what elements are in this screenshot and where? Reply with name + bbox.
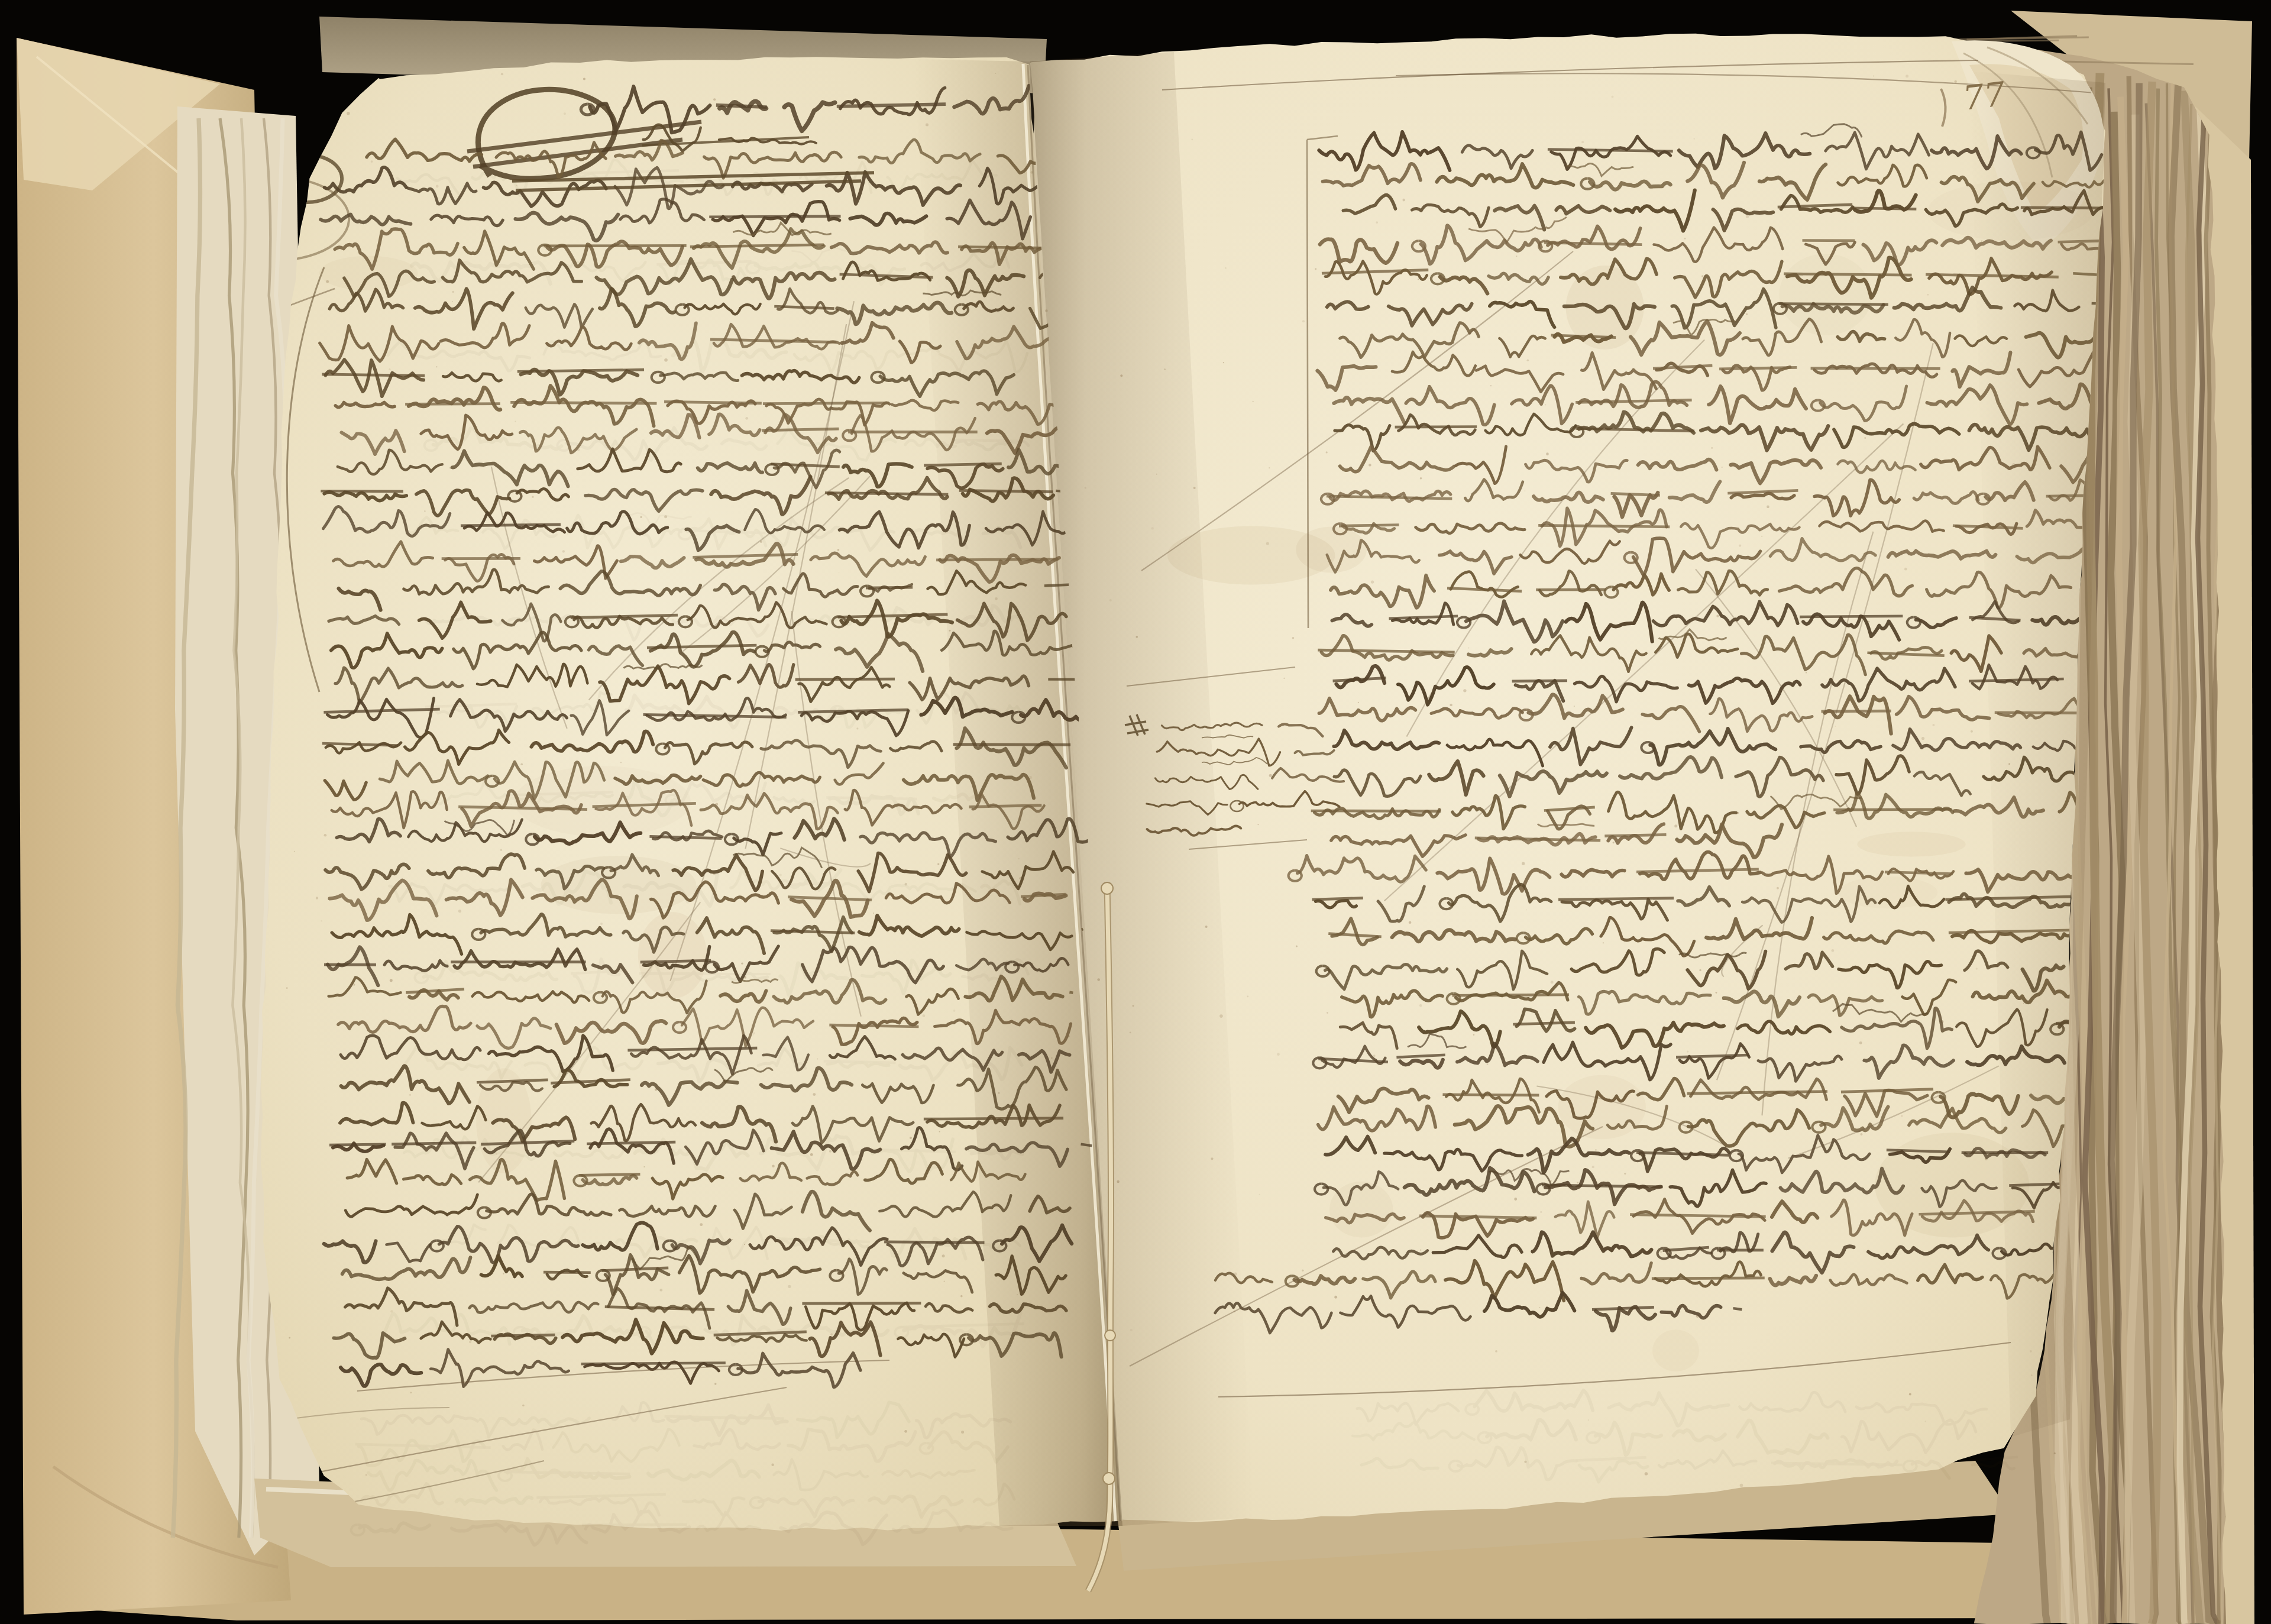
speck [1257, 824, 1259, 825]
strike-through [1548, 150, 1673, 151]
book-scene: 77 [0, 0, 2271, 1624]
end-of-line-dash [1081, 1144, 1092, 1146]
speck [289, 1337, 290, 1339]
speck [1045, 309, 1048, 312]
speck [1859, 1041, 1862, 1044]
speck [1925, 1421, 1926, 1422]
speck [562, 550, 565, 552]
speck [910, 1137, 912, 1139]
speck [1296, 946, 1298, 947]
speck [700, 1223, 703, 1226]
strike-through [1339, 525, 1399, 526]
strike-through [763, 403, 889, 403]
speck [1545, 404, 1546, 405]
speck [1120, 374, 1122, 377]
speck [1130, 1031, 1131, 1033]
speck [1551, 981, 1554, 984]
speck [1577, 1182, 1578, 1183]
speck [1490, 385, 1492, 386]
speck [286, 987, 288, 989]
speck [365, 1474, 367, 1476]
speck [1526, 910, 1527, 911]
speck [1030, 171, 1033, 173]
speck [714, 1383, 716, 1384]
speck [817, 1059, 818, 1060]
speck [1884, 150, 1885, 151]
end-of-line-dash [1733, 1308, 1742, 1309]
speck [779, 874, 782, 876]
speck [2031, 1374, 2033, 1376]
speck [1219, 1014, 1223, 1018]
speck [1613, 842, 1615, 843]
speck [1402, 199, 1405, 202]
speck [1369, 464, 1371, 467]
speck [600, 923, 603, 925]
speck [1130, 1329, 1133, 1331]
strike-through [1719, 367, 1797, 369]
strike-through [969, 805, 1042, 807]
speck [944, 1280, 945, 1282]
speck [1546, 452, 1549, 455]
speck [436, 366, 437, 367]
speck [2022, 1121, 2023, 1122]
speck [515, 421, 516, 422]
speck [410, 1392, 412, 1393]
speck [1277, 1053, 1280, 1056]
strike-through [924, 1118, 1063, 1120]
speck [713, 98, 716, 101]
speck [321, 920, 322, 922]
strike-through [795, 679, 895, 680]
speck [1539, 1307, 1541, 1308]
speck [753, 1032, 755, 1034]
speck [1463, 689, 1466, 692]
strike-through [579, 1174, 640, 1175]
speck [1334, 1296, 1337, 1299]
thread-knot [1105, 1330, 1115, 1341]
speck [1419, 1004, 1422, 1007]
strike-through [1395, 427, 1477, 428]
speck [1409, 921, 1412, 924]
speck [1514, 1198, 1517, 1201]
strike-through [802, 1303, 921, 1303]
speck [1327, 1012, 1328, 1014]
speck [371, 160, 373, 163]
speck [353, 984, 355, 986]
speck [1420, 1249, 1421, 1250]
speck [1716, 992, 1717, 994]
speck [324, 834, 327, 837]
strike-through [1611, 493, 1660, 495]
speck [1211, 1157, 1213, 1160]
speck [1932, 724, 1934, 726]
speck [1522, 862, 1525, 865]
speck [1371, 580, 1374, 583]
speck [745, 417, 748, 420]
speck [1051, 1057, 1053, 1059]
speck [1269, 467, 1270, 468]
speck [1909, 1393, 1911, 1396]
speck [1976, 968, 1978, 969]
speck [1574, 706, 1575, 707]
speck [1954, 80, 1956, 83]
speck [1927, 294, 1929, 295]
strike-through [1887, 1150, 1950, 1151]
speck [1302, 1270, 1303, 1272]
strike-through [1604, 834, 1666, 836]
strike-through [953, 745, 1071, 745]
strike-through [1821, 711, 1891, 711]
speck [1777, 887, 1779, 889]
strike-through [866, 587, 913, 588]
speck [1487, 1063, 1489, 1065]
speck [1266, 542, 1269, 545]
speck [503, 1273, 504, 1274]
speck [1302, 320, 1305, 322]
speck [520, 763, 523, 765]
strike-through [1452, 995, 1569, 995]
strike-through [329, 1144, 386, 1145]
strike-through [716, 105, 767, 107]
speck [409, 1094, 411, 1096]
speck [1259, 1194, 1260, 1195]
strike-through [1779, 304, 1888, 305]
speck [1527, 359, 1529, 361]
speck [1292, 637, 1295, 639]
speck [998, 1092, 999, 1094]
speck [1376, 221, 1378, 224]
speck [1660, 1251, 1662, 1253]
speck [1745, 711, 1746, 712]
strike-through [1811, 368, 1940, 369]
speck [961, 1431, 964, 1434]
speck [741, 962, 743, 964]
strike-through [1800, 616, 1903, 617]
speck [771, 1463, 774, 1466]
speck [772, 1164, 775, 1167]
end-of-line-dash [1082, 929, 1083, 930]
speck [942, 1254, 945, 1257]
strike-through [968, 1151, 1024, 1151]
speck [1684, 238, 1686, 240]
speck [1581, 141, 1584, 143]
speck [1283, 678, 1285, 679]
speck [1701, 275, 1703, 277]
speck [1906, 75, 1908, 77]
speck [1499, 429, 1500, 431]
speck [1085, 487, 1086, 489]
speck [1205, 926, 1208, 928]
speck [1835, 726, 1836, 727]
speck [1269, 774, 1272, 777]
strike-through [709, 216, 840, 217]
speck [1164, 368, 1166, 370]
speck [436, 185, 439, 188]
speck [620, 762, 622, 763]
strike-through [2058, 241, 2106, 242]
speck [2054, 1452, 2056, 1454]
speck [753, 1034, 754, 1036]
speck [1740, 1484, 1743, 1487]
speck [873, 913, 874, 914]
strike-through [1851, 208, 1916, 209]
speck [1097, 978, 1100, 981]
speck [1373, 1054, 1376, 1057]
speck [949, 630, 950, 632]
speck [452, 301, 453, 302]
speck [1516, 255, 1517, 257]
speck [922, 1014, 925, 1017]
strike-through [491, 1335, 555, 1336]
speck [1699, 969, 1701, 971]
speck [1193, 487, 1196, 489]
speck [1716, 615, 1719, 617]
strike-through [664, 402, 762, 403]
speck [995, 73, 996, 74]
speck [1864, 437, 1866, 439]
speck [1247, 996, 1248, 998]
speck [1901, 1115, 1903, 1117]
speck [1624, 1173, 1626, 1175]
speck [1806, 672, 1807, 673]
speck [1420, 477, 1422, 480]
speck [389, 368, 390, 370]
strike-through [1442, 1095, 1539, 1095]
strike-through [1784, 274, 1911, 275]
strike-through [1513, 1023, 1575, 1024]
speck [829, 1150, 832, 1153]
speck [1468, 647, 1469, 648]
speck [1525, 490, 1526, 491]
strike-through [517, 370, 644, 371]
stain [1857, 832, 1965, 856]
speck [1418, 279, 1419, 280]
speck [1645, 1472, 1648, 1475]
stain [1875, 1133, 2029, 1237]
speck [583, 77, 585, 80]
strike-through [321, 491, 403, 491]
strike-through [953, 440, 1024, 441]
strike-through [392, 1143, 476, 1144]
strike-through [1833, 810, 1952, 810]
speck [1981, 240, 1983, 242]
speck [1133, 1005, 1134, 1007]
speck [1832, 949, 1835, 952]
speck [995, 597, 998, 600]
speck [316, 897, 318, 899]
speck [1018, 858, 1019, 859]
speck [1921, 737, 1924, 740]
speck [810, 1153, 813, 1156]
thread-knot [1103, 1473, 1115, 1484]
speck [390, 979, 393, 982]
speck [1326, 451, 1328, 453]
strike-through [544, 1272, 591, 1273]
strike-through [1558, 898, 1674, 900]
speck [1761, 536, 1762, 537]
strike-through [1542, 1185, 1663, 1187]
strike-through [959, 490, 1053, 491]
speck [937, 863, 939, 865]
speck [469, 1341, 471, 1343]
speck [1495, 1350, 1497, 1353]
strike-through [587, 1142, 675, 1144]
speck [589, 1219, 590, 1220]
strike-through [829, 1025, 918, 1027]
speck [839, 572, 840, 574]
speck [1253, 401, 1254, 402]
speck [953, 1010, 956, 1012]
speck [1315, 268, 1316, 270]
stain [1780, 254, 1872, 335]
strike-through [649, 836, 722, 838]
speck [1611, 96, 1613, 98]
strike-through [1538, 525, 1670, 526]
strike-through [461, 525, 561, 526]
speck [1746, 313, 1748, 315]
speck [1517, 1250, 1518, 1251]
speck [2008, 763, 2010, 765]
speck [1860, 1133, 1862, 1135]
speck [1674, 824, 1677, 827]
strike-through [1885, 872, 1953, 874]
folio-number: 77 [1961, 75, 2008, 118]
speck [1694, 138, 1695, 140]
speck [458, 910, 461, 913]
strike-through [322, 374, 425, 376]
speck [1873, 75, 1874, 76]
stain [1652, 1329, 1699, 1371]
speck [424, 510, 425, 512]
speck [1156, 474, 1157, 475]
speck [1191, 139, 1193, 141]
speck [1473, 1034, 1474, 1035]
speck [1117, 1180, 1119, 1183]
speck [294, 851, 295, 852]
speck [1109, 599, 1112, 601]
speck [2023, 1002, 2024, 1004]
strike-through [2021, 208, 2108, 208]
end-of-line-dash [1069, 992, 1073, 993]
speck [452, 291, 454, 293]
speck [347, 112, 350, 115]
strike-through [1652, 1278, 1765, 1279]
strike-through [640, 960, 711, 962]
strike-through [936, 559, 1058, 560]
speck [1225, 267, 1227, 269]
strike-through [510, 402, 656, 403]
speck [1540, 1211, 1542, 1213]
speck [500, 849, 502, 851]
thread-knot [1101, 882, 1113, 894]
speck [664, 358, 668, 362]
speck [1595, 1149, 1597, 1151]
speck [1450, 704, 1452, 707]
speck [1223, 362, 1224, 363]
speck [1746, 215, 1749, 218]
speck [1687, 1051, 1688, 1053]
speck [1904, 568, 1907, 571]
speck [926, 123, 929, 126]
strike-through [405, 404, 500, 405]
strike-through [924, 464, 1002, 465]
speck [837, 549, 840, 551]
manuscript-photo: 77 [0, 0, 2271, 1624]
speck [640, 516, 642, 518]
speck [904, 1430, 907, 1433]
speck [732, 1239, 733, 1240]
speck [788, 1285, 791, 1288]
speck [780, 1208, 783, 1211]
speck [856, 727, 858, 729]
speck [1739, 545, 1741, 547]
speck [1767, 506, 1769, 509]
strike-through [582, 1525, 687, 1525]
speck [510, 804, 512, 805]
speck [2030, 1350, 2032, 1353]
speck [326, 280, 329, 283]
strike-through [825, 493, 948, 494]
speck [813, 1093, 816, 1096]
speck [1135, 636, 1138, 638]
speck [1711, 447, 1713, 449]
strike-through [581, 1363, 726, 1364]
speck [564, 112, 566, 115]
speck [1971, 730, 1973, 733]
speck [659, 1289, 662, 1292]
strike-through [837, 104, 946, 106]
speck [939, 1131, 940, 1133]
strike-through [1311, 811, 1441, 811]
speck [1603, 942, 1604, 943]
speck [1151, 527, 1154, 529]
speck [1588, 1419, 1589, 1421]
speck [643, 1166, 645, 1167]
speck [1592, 1166, 1594, 1168]
strike-through [824, 1061, 896, 1063]
speck [1017, 1294, 1018, 1295]
speck [960, 1295, 963, 1298]
speck [522, 1405, 525, 1407]
strike-through [884, 1242, 984, 1243]
strike-through [1312, 898, 1363, 900]
speck [1358, 702, 1359, 703]
strike-through [826, 798, 917, 800]
speck [532, 496, 533, 497]
speck [1722, 467, 1723, 468]
speck [501, 73, 503, 75]
strike-through [1512, 681, 1567, 681]
